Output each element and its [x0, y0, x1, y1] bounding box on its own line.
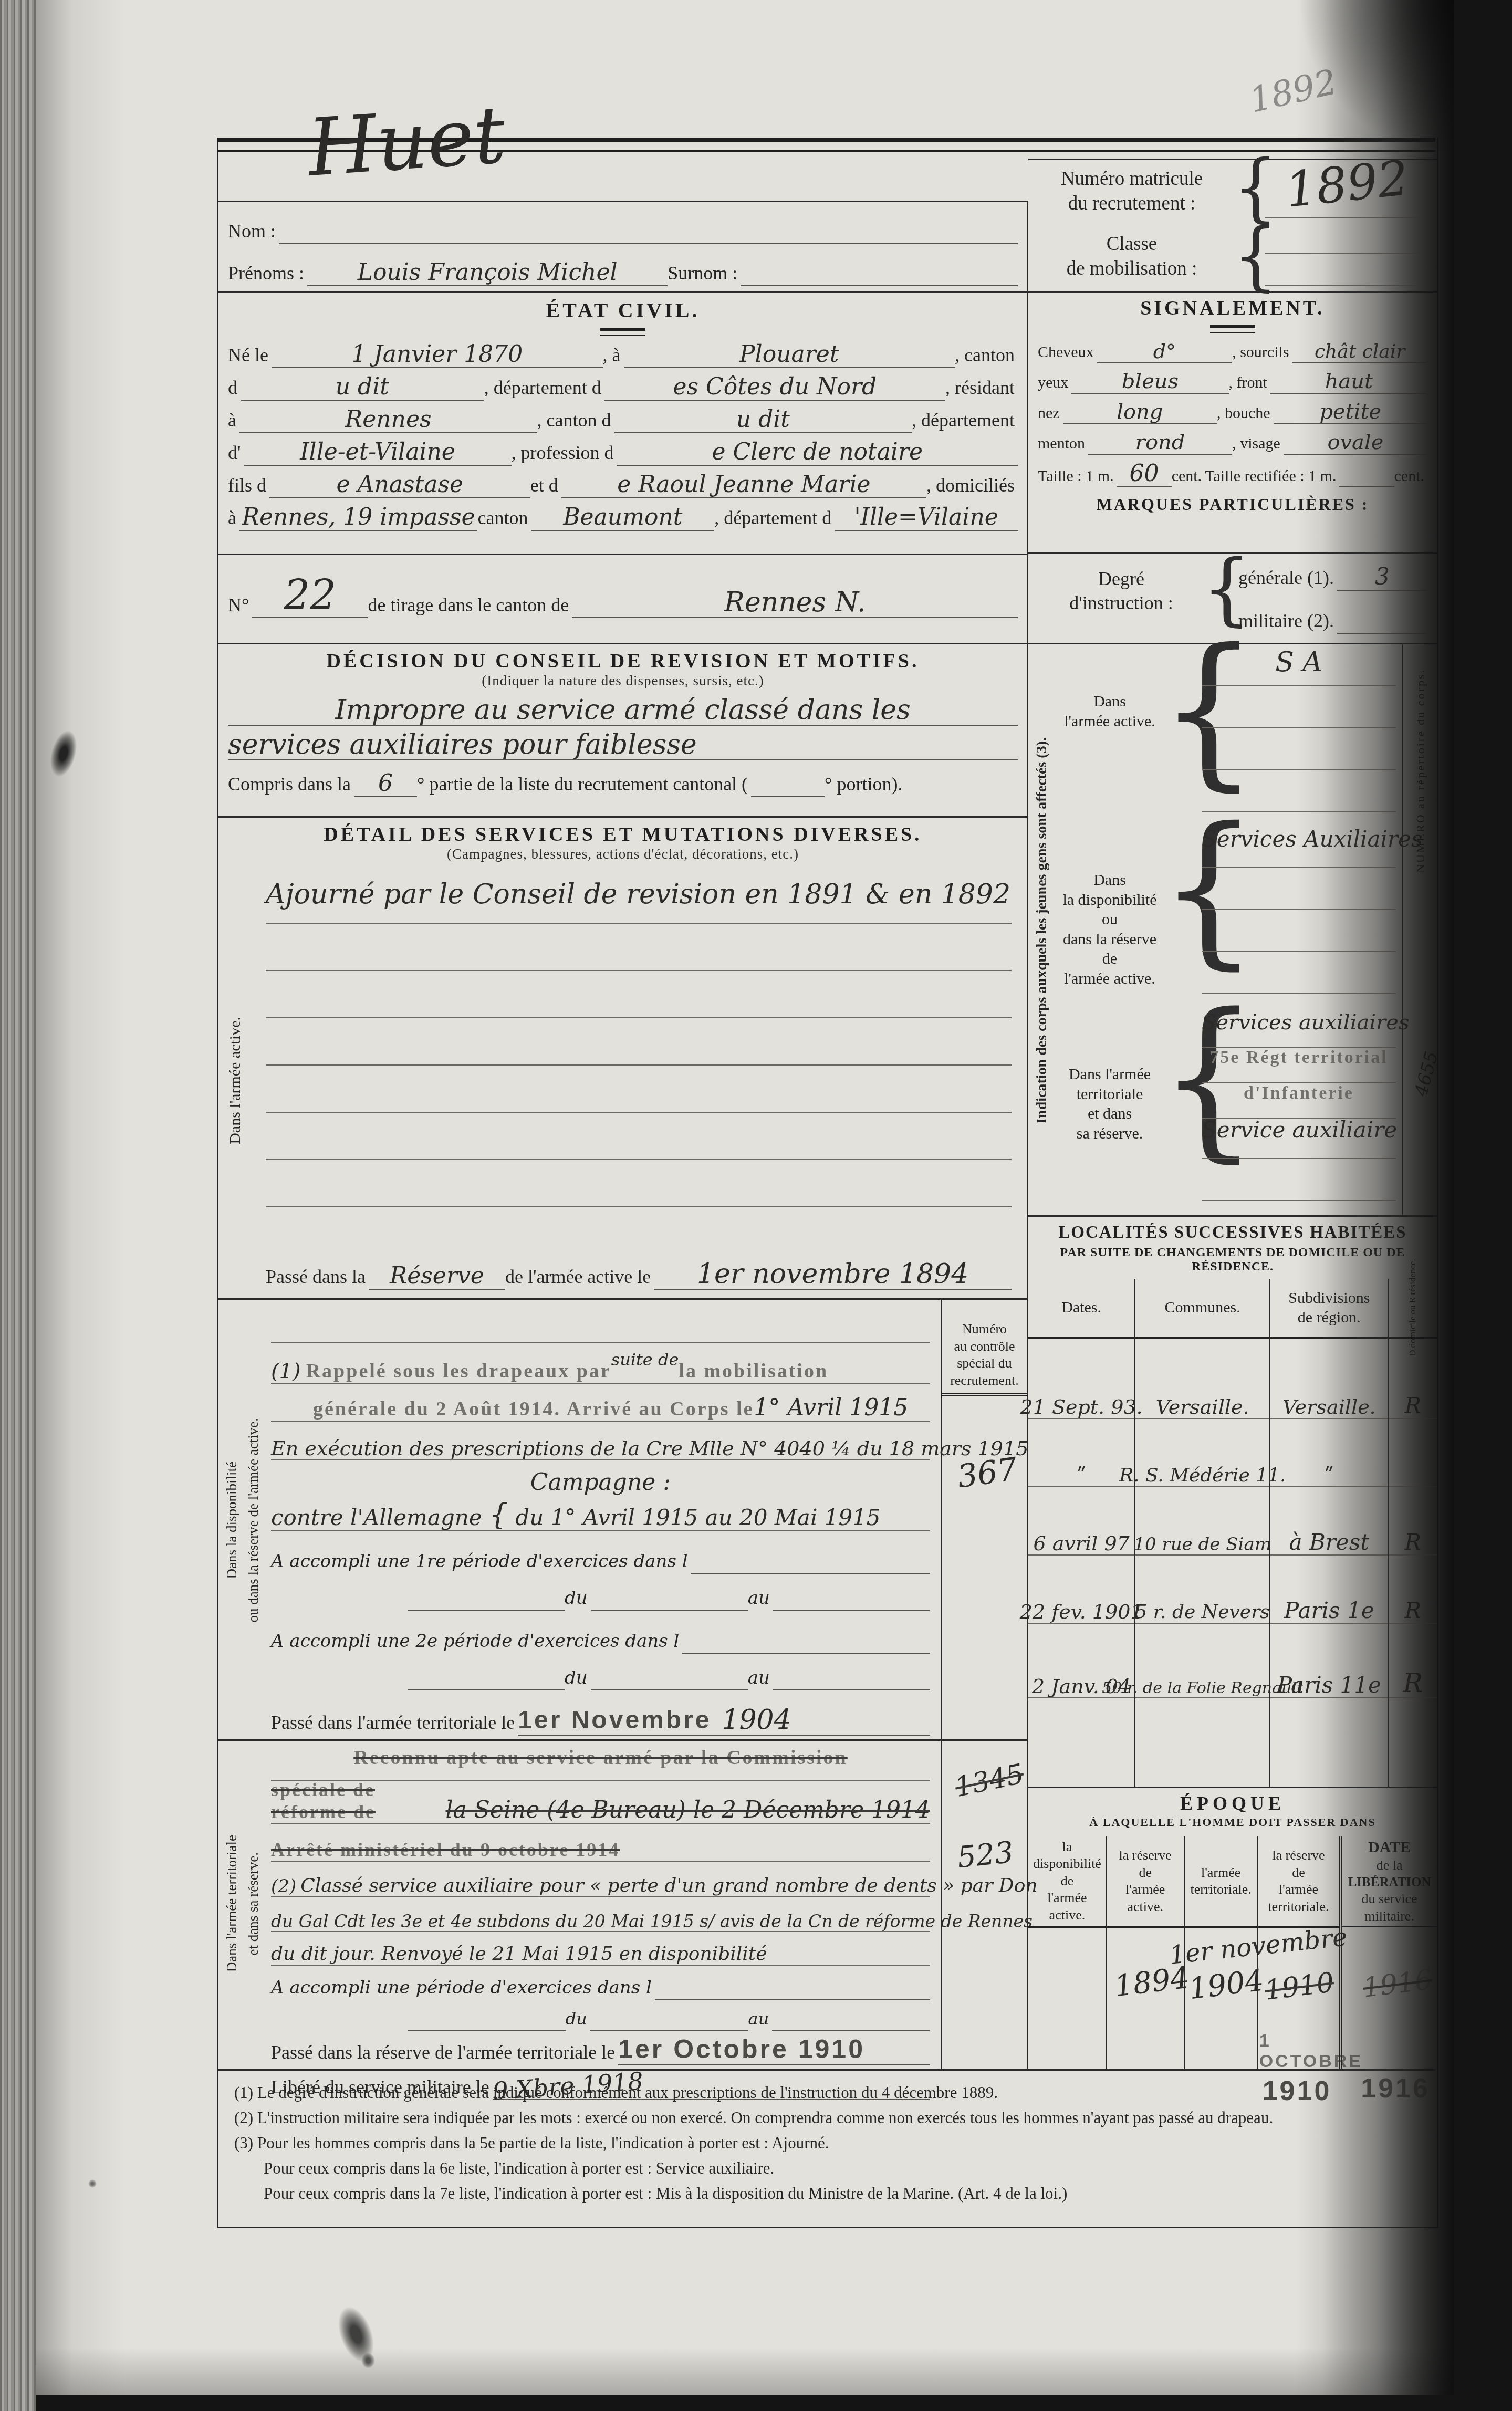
ruled-line — [266, 1113, 1012, 1160]
ne-le-label: Né le — [228, 344, 272, 368]
prenoms-label: Prénoms : — [228, 262, 307, 286]
menton-label: menton — [1038, 435, 1088, 455]
signalement-title: SIGNALEMENT. — [1028, 297, 1437, 320]
periode-label: A accompli une période d'exercices dans … — [271, 1977, 655, 2000]
periode2-label: A accompli une 2e période d'exercices da… — [271, 1631, 682, 1654]
ruled-line — [1202, 686, 1396, 728]
contre-hw-2: du 1° Avril 1915 au 20 Mai 1915 — [515, 1507, 880, 1530]
residence-canton-value: u dit — [736, 408, 790, 432]
surnom-label: Surnom : — [668, 262, 741, 286]
epoque-title: ÉPOQUE — [1028, 1792, 1437, 1814]
footnotes-section: (1) Le degré d'instruction générale sera… — [218, 2069, 1435, 2225]
liberation-line: LIBÉRATION — [1342, 1874, 1437, 1891]
footnote-2: (2) L'instruction militaire sera indiqué… — [234, 2105, 1420, 2131]
domicile-departement-value: 'Ille=Vilaine — [854, 506, 998, 530]
controle-header-1: Numéro — [942, 1321, 1027, 1338]
compris-value: 6 — [378, 772, 393, 796]
classe-label-1: Classe — [1039, 233, 1228, 257]
passe-territoriale-year: 1904 — [722, 1706, 791, 1735]
du-line — [408, 2030, 566, 2031]
matricule-box: Numéro matricule du recrutement : { 1892… — [1028, 159, 1437, 291]
ruled-line — [266, 1160, 1012, 1207]
localites-col-subdivisions: Subdivisions de région. Versaille. ʺ à B… — [1269, 1279, 1388, 1787]
du-line — [408, 1689, 565, 1690]
epoque-col1-line: disponibilité — [1028, 1855, 1106, 1873]
mother-value: e Raoul Jeanne Marie — [617, 473, 870, 497]
numero-matricule-label-1: Numéro matricule — [1039, 168, 1228, 192]
yeux-label: yeux — [1038, 374, 1071, 394]
cheveux-value: d° — [1153, 341, 1176, 362]
epoque-col3-line: l'armée — [1185, 1864, 1257, 1882]
matricule-brace: { — [1233, 154, 1278, 222]
nez-value: long — [1117, 401, 1163, 423]
du-line — [591, 1689, 748, 1690]
ruled-line — [266, 924, 1012, 971]
localite-dr: R — [1404, 1600, 1421, 1623]
fils-de-label: fils d — [228, 474, 269, 498]
note-2-mark: (2) — [271, 1877, 300, 1896]
controle-header-2: au contrôle — [942, 1338, 1027, 1355]
localite-date: 22 fev. 1901 — [1020, 1602, 1143, 1623]
compris-label-3: ° portion). — [825, 773, 905, 797]
corps-terr-value-1: Services auxiliaires — [1202, 1010, 1409, 1036]
residence-canton-label: , canton d — [537, 409, 614, 433]
surname-signature: Huet — [305, 96, 508, 189]
passe-territoriale-label: Passé dans l'armée territoriale le — [271, 1711, 518, 1736]
domicile-departement-label: , département d — [714, 507, 835, 531]
corps-dispo-label-4: dans la réserve — [1060, 930, 1160, 949]
detail-subtitle: (Campagnes, blessures, actions d'éclat, … — [218, 846, 1027, 862]
nom-write-line — [279, 243, 1018, 244]
residence-departement-label: , département — [912, 409, 1018, 433]
repertoire-column: NUMÉRO au répertoire du corps. 4655 — [1402, 644, 1437, 1217]
surnom-write-line — [741, 285, 1018, 286]
localites-col-dates: Dates. 21 Sept. 93. ʺ 6 avril 97 22 fev.… — [1028, 1279, 1134, 1787]
decision-section: DÉCISION DU CONSEIL DE REVISION ET MOTIF… — [218, 643, 1028, 816]
corps-active-value: S A — [1275, 646, 1322, 679]
footnote-3: (3) Pour les hommes compris dans la 5e p… — [234, 2131, 1420, 2156]
subdivisions-header-1: Subdivisions — [1288, 1288, 1370, 1308]
corps-side-label: Indication des corps auxquels les jeunes… — [1034, 737, 1050, 1124]
dep2-label: d' — [228, 442, 244, 466]
epoque-col4-line: la réserve — [1258, 1847, 1339, 1864]
taille-rectifiee-cent-label: cent. — [1394, 467, 1427, 487]
et-de-label: et d — [530, 474, 561, 498]
degre-label-1: Degré — [1044, 568, 1202, 592]
rappele-hw-insert: suite de — [611, 1351, 679, 1369]
domicile-canton-value: Beaumont — [563, 506, 682, 530]
rappele-stamp-1: Rappelé sous les drapeaux par — [306, 1360, 611, 1383]
rappele-stamp-2: la mobilisation — [679, 1360, 828, 1383]
localite-commune: 10 rue de Siam — [1133, 1536, 1271, 1554]
au-label: au — [748, 1588, 773, 1611]
corps-affectes-section: Indication des corps auxquels les jeunes… — [1028, 643, 1437, 1215]
localite-dr: R — [1403, 1670, 1423, 1697]
corps-terr-value-2: Service auxiliaire — [1202, 1117, 1397, 1144]
subdivisions-header-2: de région. — [1298, 1308, 1361, 1328]
decision-subtitle: (Indiquer la nature des dispenses, sursi… — [218, 673, 1027, 689]
taille-value: 60 — [1130, 462, 1159, 486]
epoque-col4-line: de — [1258, 1864, 1339, 1882]
du-label: du — [565, 1588, 591, 1611]
ruled-line — [271, 1310, 930, 1343]
corps-terr-label-2: territoriale — [1060, 1084, 1160, 1104]
classe-hw-1: Classé service auxiliaire pour « perte d… — [300, 1876, 1037, 1896]
epoque-1904: 1904 — [1187, 1966, 1266, 2006]
localites-title-1: LOCALITÉS SUCCESSIVES HABITÉES — [1028, 1223, 1437, 1243]
au-line — [773, 1689, 930, 1690]
corps-active-label-2: l'armée active. — [1060, 712, 1160, 732]
marques-particulieres-label: MARQUES PARTICULIÈRES : — [1028, 495, 1437, 514]
taille-cent-label: cent. — [1172, 467, 1205, 487]
numero-matricule-label-2: du recrutement : — [1039, 192, 1228, 217]
sourcils-label: , sourcils — [1232, 343, 1292, 363]
localites-title-2: PAR SUITE DE CHANGEMENTS DE DOMICILE OU … — [1028, 1246, 1437, 1274]
localite-commune: R. S. Médérie 11. — [1119, 1466, 1286, 1486]
localite-subdiv: Paris 1e — [1284, 1600, 1374, 1623]
localite-subdiv: Paris 11e — [1277, 1674, 1381, 1697]
rappele-stamp-3: générale du 2 Août 1914. Arrivé au Corps… — [313, 1397, 754, 1421]
contre-hw-1: contre l'Allemagne — [271, 1507, 482, 1530]
localite-subdiv: Versaille. — [1282, 1397, 1376, 1418]
liberation-line: DATE — [1342, 1838, 1437, 1857]
tirage-no-label: N° — [228, 594, 252, 618]
ruled-line — [266, 1018, 1012, 1066]
pencil-year-annotation: 1892 — [1245, 61, 1340, 121]
ink-smudge — [88, 2179, 97, 2188]
sourcils-value: chât clair — [1315, 342, 1405, 362]
compris-label-1: Compris dans la — [228, 773, 354, 797]
yeux-value: bleus — [1122, 371, 1179, 393]
du-line — [590, 2030, 748, 2031]
detail-title: DÉTAIL DES SERVICES ET MUTATIONS DIVERSE… — [218, 823, 1027, 846]
corps-dispo-label-6: l'armée active. — [1060, 969, 1160, 989]
corps-terr-label-1: Dans l'armée — [1060, 1064, 1160, 1084]
detail-services-section: DÉTAIL DES SERVICES ET MUTATIONS DIVERSE… — [218, 816, 1028, 1298]
taille-rectifiee-label: Taille rectifiée : 1 m. — [1205, 467, 1339, 487]
tirage-section: N° 22 de tirage dans le canton de Rennes… — [218, 554, 1028, 643]
title-dash — [600, 328, 645, 336]
tirage-text-label: de tirage dans le canton de — [368, 594, 572, 618]
scanned-military-register-page: { "page": { "pencil_year": "1892" }, "no… — [0, 0, 1512, 2411]
localite-dr: R — [1404, 1395, 1421, 1418]
residant-label: , résidant — [945, 377, 1018, 401]
signalement-section: SIGNALEMENT. Cheveux d° , sourcils chât … — [1028, 291, 1437, 552]
detail-hw-entry: Ajourné par le Conseil de revision en 18… — [266, 879, 1010, 911]
cheveux-label: Cheveux — [1038, 343, 1097, 363]
prenoms-value: Louis François Michel — [358, 261, 618, 285]
decision-hw-line1: Impropre au service armé classé dans les — [335, 696, 911, 725]
disponibilite-section: Dans la disponibilité ou dans la réserve… — [218, 1298, 1028, 1739]
localite-subdiv: à Brest — [1289, 1531, 1369, 1554]
localite-date: 6 avril 97 — [1033, 1533, 1129, 1554]
epoque-col-disponibilite: la disponibilité de l'armée active. — [1028, 1836, 1106, 2069]
bouche-value: petite — [1319, 401, 1381, 423]
passe-reserve-territoriale-label: Passé dans la réserve de l'armée territo… — [271, 2041, 618, 2065]
departement-label: , département d — [484, 377, 604, 401]
father-value: e Anastase — [337, 473, 463, 497]
ruled-line — [1202, 910, 1396, 952]
periode2-line — [682, 1653, 930, 1654]
epoque-col1-line: de — [1028, 1873, 1106, 1890]
degre-generale-value: 3 — [1375, 566, 1390, 590]
epoque-col2-line: de — [1107, 1864, 1184, 1882]
title-dash — [1210, 325, 1255, 333]
taille-label: Taille : 1 m. — [1038, 467, 1117, 487]
birth-place-value: Plouaret — [739, 343, 839, 367]
epoque-col1-line: l'armée active. — [1028, 1890, 1106, 1924]
numero-matricule-value: 1892 — [1284, 154, 1411, 216]
nom-label: Nom : — [228, 220, 279, 244]
campagne-hw: Campagne : — [530, 1471, 671, 1495]
degre-generale-label: générale (1). — [1238, 567, 1337, 591]
front-value: haut — [1325, 371, 1373, 393]
profession-label: , profession d — [512, 442, 617, 466]
epoque-col1-line: la — [1028, 1839, 1106, 1856]
ruled-line — [1265, 285, 1422, 286]
footnote-4: Pour ceux compris dans la 6e liste, l'in… — [234, 2156, 1420, 2181]
au-label: au — [748, 1667, 773, 1690]
controle-value-struck: 1345 — [953, 1760, 1027, 1802]
ruled-line — [1202, 728, 1396, 770]
classe-hw-3: du dit jour. Renvoyé le 21 Mai 1915 en d… — [271, 1945, 767, 1965]
epoque-col3-line: territoriale. — [1185, 1881, 1257, 1898]
du-label: du — [566, 2009, 590, 2031]
territ-side-label-1: Dans l'armée territoriale — [224, 1835, 240, 1972]
domicile-value: Rennes, 19 impasse — [242, 506, 475, 530]
dates-header: Dates. — [1028, 1279, 1134, 1339]
du-label: du — [565, 1667, 591, 1690]
dr-header: D domicile ou R résidence. — [1407, 1259, 1418, 1356]
corps-terr-stamp-1: 75e Régt territorial — [1209, 1048, 1388, 1067]
domicile-canton-label: canton — [477, 507, 531, 531]
ruled-line — [1202, 1159, 1396, 1201]
passe-reserve-territoriale-stamp: 1er Octobre 1910 — [618, 2034, 865, 2064]
arrete-stamp: Arrêté ministériel du 9 octobre 1914 — [271, 1839, 620, 1861]
taille-rectifiee-line — [1339, 486, 1394, 487]
classe-brace: { — [1233, 223, 1278, 290]
corps-terr-stamp-2: d'Infanterie — [1244, 1083, 1354, 1103]
epoque-col2-line: l'armée active. — [1107, 1881, 1184, 1915]
ink-smudge — [46, 728, 81, 780]
book-binding-edge — [0, 0, 36, 2411]
controle-column: Numéro au contrôle spécial du recrutemen… — [941, 1300, 1027, 1741]
reconnu-stamp-2: spéciale de réforme de — [271, 1779, 437, 1823]
corps-dispo-label-3: ou — [1060, 910, 1160, 930]
ruled-line — [1265, 217, 1422, 218]
localites-col-communes: Communes. Versaille. R. S. Médérie 11. 1… — [1134, 1279, 1269, 1787]
reconnu-stamp-1: Reconnu apte au service armé par la Comm… — [353, 1747, 848, 1769]
domicilies-label: , domiciliés — [926, 474, 1018, 498]
nez-label: nez — [1038, 404, 1063, 424]
epoque-col-liberation: DATE de la LIBÉRATION du service militai… — [1339, 1836, 1437, 2069]
ink-smudge — [361, 2353, 375, 2368]
note-1-mark: (1) — [271, 1361, 306, 1383]
localite-date: ʺ — [1077, 1465, 1086, 1486]
corps-dispo-label-2: la disponibilité — [1060, 890, 1160, 910]
contre-brace: { — [482, 1500, 516, 1530]
arrive-date-value: 1° Avril 1915 — [754, 1396, 908, 1421]
epoque-1916-struck: 1916 — [1361, 1966, 1434, 2003]
du-line — [408, 1610, 565, 1611]
liberation-line: du service — [1342, 1891, 1437, 1908]
decision-hw-line2: services auxiliaires pour faiblesse — [228, 731, 697, 759]
liberation-line: militaire. — [1342, 1908, 1437, 1925]
du-line — [591, 1610, 748, 1611]
epoque-subtitle: À LAQUELLE L'HOMME DOIT PASSER DANS — [1028, 1815, 1437, 1829]
passe-reserve-value-1: Réserve — [390, 1265, 484, 1289]
seine-hw: la Seine (4e Bureau) le 2 Décembre 1914 — [437, 1799, 930, 1823]
communes-header: Communes. — [1135, 1279, 1269, 1339]
etat-civil-title: ÉTAT CIVIL. — [218, 298, 1027, 322]
footnote-5: Pour ceux compris dans la 7e liste, l'in… — [234, 2181, 1420, 2206]
register-page: 1892 Huet Nom : Prénoms : Louis François… — [36, 0, 1454, 2395]
tirage-canton-value: Rennes N. — [724, 589, 866, 617]
localites-col-dr: D domicile ou R résidence. R R R R — [1388, 1279, 1437, 1787]
localite-commune: Versaille. — [1156, 1397, 1249, 1418]
localite-dr: R — [1404, 1531, 1421, 1554]
tirage-no-value: 22 — [284, 575, 336, 617]
epoque-col-territoriale: l'armée territoriale. 1er novembre 1904 — [1184, 1836, 1257, 2069]
detail-side-label: Dans l'armée active. — [226, 1017, 244, 1144]
au-label: au — [748, 2009, 773, 2031]
corps-dispo-label-1: Dans — [1060, 870, 1160, 890]
footnote-1: (1) Le degré d'instruction générale sera… — [234, 2080, 1420, 2105]
epoque-1910-struck: 1910 — [1263, 1969, 1336, 2006]
ruled-line — [1202, 868, 1396, 910]
profession-value: e Clerc de notaire — [712, 441, 923, 465]
corps-terr-label-3: et dans — [1060, 1104, 1160, 1124]
canton-label: , canton — [955, 344, 1018, 368]
epoque-col-reserve-territoriale: la réserve de l'armée territoriale. 1910… — [1257, 1836, 1339, 2069]
degre-militaire-line — [1337, 633, 1427, 634]
birth-date-value: 1 Janvier 1870 — [351, 343, 523, 367]
degre-label-2: d'instruction : — [1044, 592, 1202, 616]
territoriale-section: Dans l'armée territoriale et dans sa rés… — [218, 1739, 1028, 2069]
compris-label-2: ° partie de la liste du recrutement cant… — [417, 773, 751, 797]
localite-date: 21 Sept. 93. — [1020, 1397, 1143, 1418]
ruled-line — [266, 971, 1012, 1018]
passe-reserve-value-2: 1er novembre 1894 — [697, 1260, 968, 1289]
au-line — [773, 1610, 930, 1611]
corps-active-label-1: Dans — [1060, 692, 1160, 712]
dep2-value: Ille-et-Vilaine — [300, 441, 455, 465]
epoque-col4-line: l'armée — [1258, 1881, 1339, 1898]
au-line — [772, 2030, 930, 2031]
residence-value: Rennes — [345, 408, 431, 432]
localite-subdiv: ʺ — [1325, 1465, 1333, 1486]
passe-reserve-label-1: Passé dans la — [266, 1266, 369, 1290]
prenoms-write-line: Louis François Michel — [307, 261, 668, 286]
dispo-side-label-2: ou dans la réserve de l'armée active. — [245, 1418, 262, 1622]
du-label: d — [228, 377, 241, 401]
corps-terr-label-4: sa réserve. — [1060, 1124, 1160, 1144]
controle-column-lower: 1345 523 — [941, 1741, 1027, 2071]
classe-label-2: de mobilisation : — [1039, 257, 1228, 282]
localite-commune: 5 r. de Nevers — [1135, 1603, 1269, 1623]
ruled-line — [266, 1066, 1012, 1113]
repertoire-margin-note: 4655 — [1412, 1050, 1442, 1099]
territ-side-label-2: et dans sa réserve. — [245, 1852, 262, 1955]
passe-territoriale-stamp: 1er Novembre — [518, 1706, 711, 1735]
periode1-label: A accompli une 1re période d'exercices d… — [271, 1551, 691, 1574]
dispo-side-label-1: Dans la disponibilité — [224, 1462, 240, 1579]
visage-value: ovale — [1327, 432, 1383, 454]
departement-value: es Côtes du Nord — [673, 375, 877, 400]
menton-value: rond — [1135, 432, 1185, 454]
name-box: Huet Nom : Prénoms : Louis François Mich… — [218, 201, 1028, 291]
controle-value-523: 523 — [956, 1838, 1015, 1874]
liberation-line: de la — [1342, 1857, 1437, 1874]
domicile-a-label: à — [228, 507, 239, 531]
matricule-form: Huet Nom : Prénoms : Louis François Mich… — [217, 138, 1438, 2228]
corps-dispo-label-5: de — [1060, 949, 1160, 969]
front-label: , front — [1229, 374, 1270, 394]
residence-a-label: à — [228, 409, 239, 433]
decision-title: DÉCISION DU CONSEIL DE REVISION ET MOTIF… — [218, 650, 1027, 673]
periode-line — [655, 1999, 930, 2000]
a-label: , à — [603, 344, 624, 368]
epoque-col2-line: la réserve — [1107, 1847, 1184, 1864]
visage-label: , visage — [1232, 435, 1284, 455]
corps-dispo-value: Services Auxiliaires — [1202, 826, 1422, 853]
bouche-label: , bouche — [1217, 404, 1274, 424]
localites-section: LOCALITÉS SUCCESSIVES HABITÉES PAR SUITE… — [1028, 1215, 1437, 1787]
periode1-line — [691, 1573, 930, 1574]
execution-hw: En exécution des prescriptions de la Cre… — [271, 1438, 1028, 1459]
epoque-section: ÉPOQUE À LAQUELLE L'HOMME DOIT PASSER DA… — [1028, 1787, 1437, 2069]
controle-header-4: recrutement. — [942, 1372, 1027, 1396]
controle-header-3: spécial du — [942, 1355, 1027, 1372]
epoque-col4-line: territoriale. — [1258, 1898, 1339, 1916]
portion-line — [751, 796, 825, 797]
classe-hw-2: du Gal Cdt les 3e et 4e subdons du 20 Ma… — [271, 1913, 1033, 1931]
ruled-line — [1265, 253, 1422, 254]
canton-value: u dit — [336, 375, 389, 400]
passe-reserve-label-2: de l'armée active le — [505, 1266, 654, 1290]
etat-civil-section: ÉTAT CIVIL. Né le 1 Janvier 1870 , à Plo… — [218, 291, 1028, 554]
